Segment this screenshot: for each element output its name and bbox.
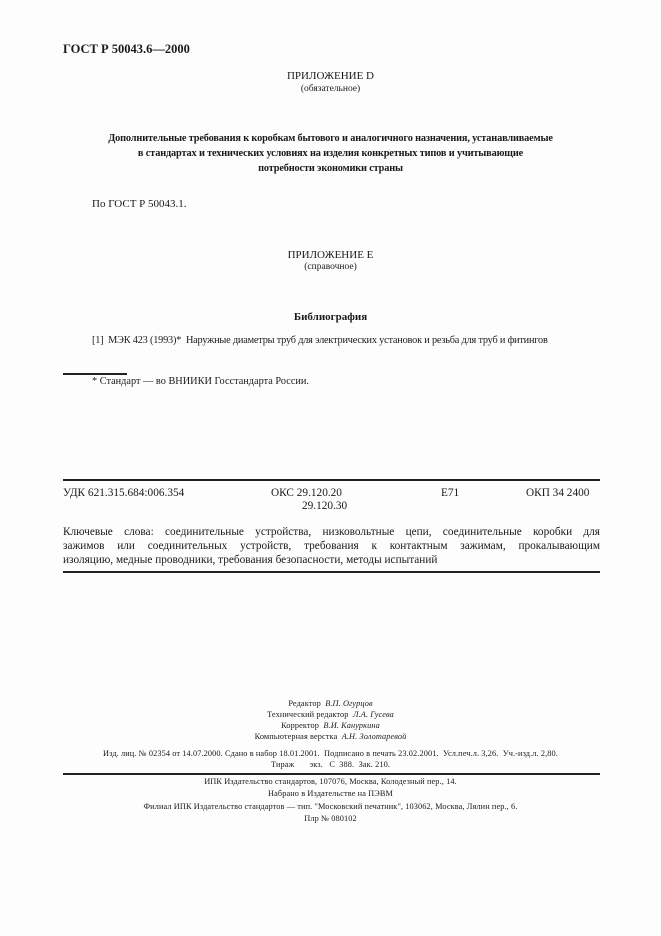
- footnote: * Стандарт — во ВНИИКИ Госстандарта Росс…: [92, 376, 309, 387]
- oks-code-1: ОКС 29.120.20: [271, 487, 342, 499]
- credit-role: Компьютерная верстка: [255, 732, 338, 741]
- credit-role: Редактор: [288, 699, 321, 708]
- classification-top-rule: [63, 479, 600, 481]
- publisher-line-4: Плр № 080102: [0, 814, 661, 823]
- reference-number: [1]: [92, 335, 103, 346]
- credit-editor: Редактор В.П. Огурцов: [0, 699, 661, 708]
- appendix-d-status: (обязательное): [0, 84, 661, 94]
- publisher-line-1: ИПК Издательство стандартов, 107076, Мос…: [0, 777, 661, 786]
- imprint-rule: [63, 773, 600, 775]
- publisher-line-3: Филиал ИПК Издательство стандартов — тип…: [0, 802, 661, 811]
- okp-code: ОКП 34 2400: [526, 487, 589, 499]
- imprint-line-1: Изд. лиц. № 02354 от 14.07.2000. Сдано в…: [0, 749, 661, 758]
- appendix-d-heading-line-3: потребности экономики страны: [0, 163, 661, 174]
- reference-code: МЭК 423 (1993)*: [108, 335, 181, 346]
- group-code: Е71: [441, 487, 459, 499]
- appendix-d-heading-line-1: Дополнительные требования к коробкам быт…: [0, 133, 661, 144]
- credit-role: Корректор: [281, 721, 319, 730]
- document-standard-id: ГОСТ Р 50043.6—2000: [63, 42, 190, 57]
- appendix-d-title: ПРИЛОЖЕНИЕ D: [0, 70, 661, 82]
- bibliography-entry: [1] МЭК 423 (1993)* Наружные диаметры тр…: [92, 335, 548, 346]
- credit-name: А.Н. Золотаревой: [342, 732, 407, 741]
- keywords-line-3: изоляцию, медные проводники, требования …: [63, 553, 600, 567]
- credit-proofreader: Корректор В.И. Кануркина: [0, 721, 661, 730]
- bibliography-heading: Библиография: [0, 311, 661, 323]
- imprint-line-2: Тираж экз. С 388. Зак. 210.: [0, 760, 661, 769]
- appendix-e-title: ПРИЛОЖЕНИЕ Е: [0, 249, 661, 261]
- publisher-line-2: Набрано в Издательстве на ПЭВМ: [0, 789, 661, 798]
- reference-title: Наружные диаметры труб для электрических…: [186, 335, 548, 346]
- appendix-e-status: (справочное): [0, 262, 661, 272]
- credit-layout: Компьютерная верстка А.Н. Золотаревой: [0, 732, 661, 741]
- appendix-d-body: По ГОСТ Р 50043.1.: [92, 198, 187, 210]
- credit-role: Технический редактор: [267, 710, 348, 719]
- keywords-line-1: Ключевые слова: соединительные устройств…: [63, 525, 600, 539]
- keywords-bottom-rule: [63, 571, 600, 573]
- credit-tech-editor: Технический редактор Л.А. Гусева: [0, 710, 661, 719]
- credit-name: В.П. Огурцов: [325, 699, 372, 708]
- appendix-d-heading-line-2: в стандартах и технических условиях на и…: [0, 148, 661, 159]
- keywords-block: Ключевые слова: соединительные устройств…: [63, 525, 600, 567]
- oks-code-2: 29.120.30: [302, 500, 347, 512]
- udk-code: УДК 621.315.684:006.354: [63, 487, 184, 499]
- keywords-line-2: зажимов или соединительных устройств, тр…: [63, 539, 600, 553]
- credit-name: В.И. Кануркина: [323, 721, 379, 730]
- footnote-separator: [63, 373, 127, 375]
- credit-name: Л.А. Гусева: [353, 710, 394, 719]
